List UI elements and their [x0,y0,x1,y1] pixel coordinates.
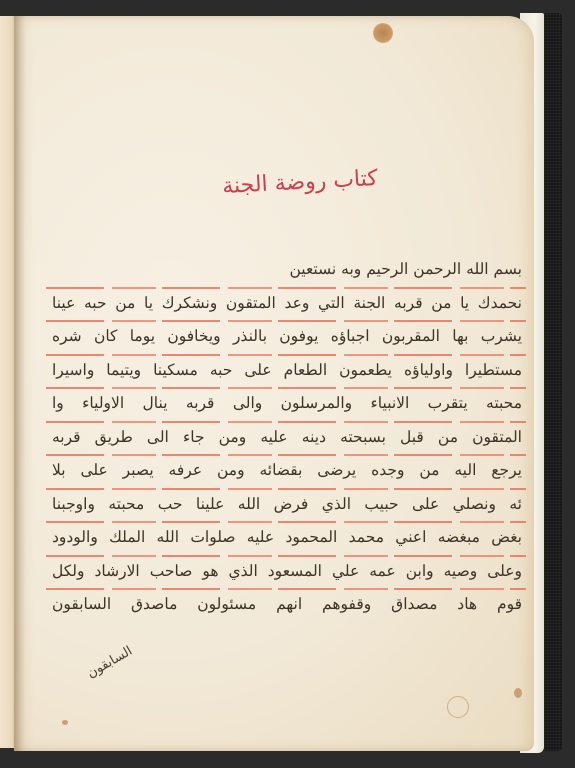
text-line: يرجع اليه من وجده يرضى بقضائه ومن عرفه ي… [52,457,522,491]
red-rule [46,521,526,523]
red-rule [46,287,526,289]
text-line: محبته يتقرب الانبياء والمرسلون والى قربه… [52,390,522,424]
ring-stain [447,696,469,718]
text-line: مستطيرا واولياؤه يطعمون الطعام على حبه م… [52,357,522,391]
red-rule [46,488,526,490]
line-text: بغض مبغضه اعني محمد المحمود عليه صلوات ا… [52,528,522,546]
line-text: محبته يتقرب الانبياء والمرسلون والى قربه… [52,394,522,412]
red-rule [46,320,526,322]
red-rule [46,555,526,557]
text-line: بغض مبغضه اعني محمد المحمود عليه صلوات ا… [52,524,522,558]
red-rule [46,454,526,456]
line-text: يشرب بها المقربون اجباؤه يوفون بالنذر وي… [52,327,522,345]
text-line: يشرب بها المقربون اجباؤه يوفون بالنذر وي… [52,323,522,357]
text-line: نحمدك يا من قربه الجنة التي وعد المتقون … [52,290,522,324]
red-rule [46,354,526,356]
line-text: يرجع اليه من وجده يرضى بقضائه ومن عرفه ي… [52,461,522,479]
text-line: المتقون من قبل بسبحته دينه عليه ومن جاء … [52,424,522,458]
line-text: قوم هاد مصداق وقفوهم انهم مسئولون ماصدق … [52,595,522,613]
binding-gutter [14,16,34,751]
text-line: ئه ونصلي على حبيب الذي فرض الله علينا حب… [52,491,522,525]
red-rule [46,588,526,590]
text-line: وعلى وصيه وابن عمه علي المسعود الذي هو ص… [52,558,522,592]
text-block: بسم الله الرحمن الرحيم وبه نستعين نحمدك … [52,256,522,625]
text-line: قوم هاد مصداق وقفوهم انهم مسئولون ماصدق … [52,591,522,625]
line-text: ئه ونصلي على حبيب الذي فرض الله علينا حب… [52,495,522,513]
foxing-spot [514,688,522,698]
line-text: المتقون من قبل بسبحته دينه عليه ومن جاء … [52,428,522,446]
foxing-spot [62,720,68,725]
red-rule [46,387,526,389]
line-text: مستطيرا واولياؤه يطعمون الطعام على حبه م… [52,361,522,379]
line-text: وعلى وصيه وابن عمه علي المسعود الذي هو ص… [52,562,522,580]
red-rule [46,421,526,423]
basmala-line: بسم الله الرحمن الرحيم وبه نستعين [52,260,522,278]
text-line: بسم الله الرحمن الرحيم وبه نستعين [52,256,522,290]
line-text: نحمدك يا من قربه الجنة التي وعد المتقون … [52,294,522,312]
foxing-stain [373,23,393,43]
